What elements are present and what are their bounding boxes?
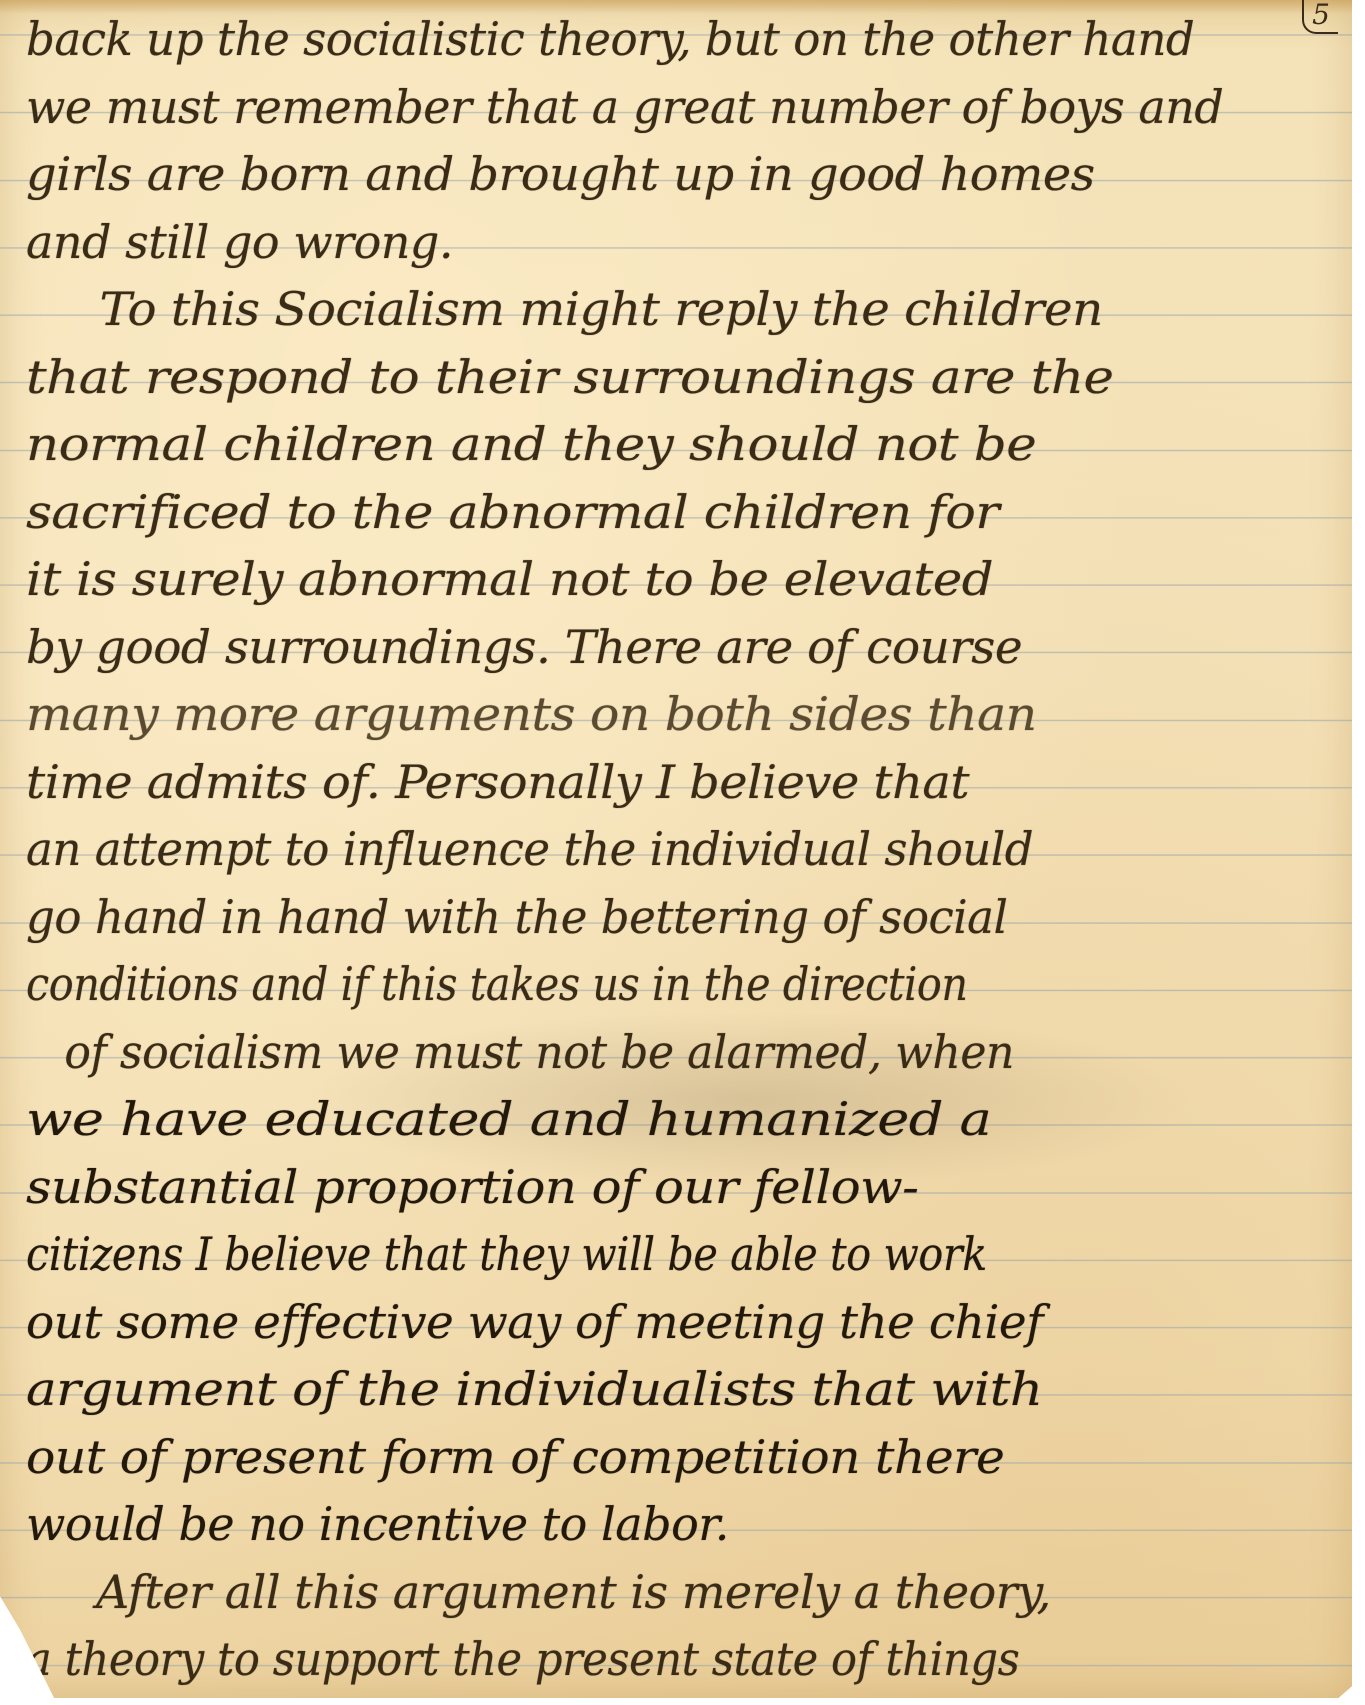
text-line: by good surroundings. There are of cours… [26, 614, 1362, 682]
text-line: a theory to support the present state of… [26, 1626, 1257, 1694]
text-line: normal children and they should not be [26, 411, 1365, 479]
text-line: we have educated and humanized a [26, 1086, 1365, 1154]
text-line: back up the socialistic theory, but on t… [26, 6, 1310, 74]
text-line: After all this argument is merely a theo… [26, 1559, 1336, 1627]
text-line: an attempt to influence the individual s… [26, 816, 1310, 884]
text-line: citizens I believe that they will be abl… [26, 1221, 1205, 1289]
text-line: out some effective way of meeting the ch… [26, 1289, 1362, 1357]
text-line: we must remember that a great number of … [26, 74, 1336, 142]
text-line: girls are born and brought up in good ho… [26, 141, 1365, 209]
handwritten-text: back up the socialistic theory, but on t… [26, 6, 1336, 1694]
text-line: and still go wrong. [26, 209, 1336, 277]
manuscript-page: 5 back up the socialistic theory, but on… [0, 0, 1352, 1698]
text-line: many more arguments on both sides than [26, 681, 1365, 749]
text-line: sacrificed to the abnormal children for [26, 479, 1365, 547]
text-line: substantial proportion of our fellow- [26, 1154, 1365, 1222]
text-line: To this Socialism might reply the childr… [26, 276, 1365, 344]
text-line: of socialism we must not be alarmed, whe… [26, 1019, 1284, 1087]
text-line: time admits of. Personally I believe tha… [26, 749, 1365, 817]
text-line: out of present form of competition there [26, 1424, 1365, 1492]
text-line: it is surely abnormal not to be elevated [26, 546, 1365, 614]
text-line: conditions and if this takes us in the d… [26, 951, 1205, 1019]
text-line: argument of the individualists that with [26, 1356, 1365, 1424]
text-line: would be no incentive to labor. [26, 1491, 1336, 1559]
text-line: that respond to their surroundings are t… [26, 344, 1365, 412]
text-line: go hand in hand with the bettering of so… [26, 884, 1310, 952]
